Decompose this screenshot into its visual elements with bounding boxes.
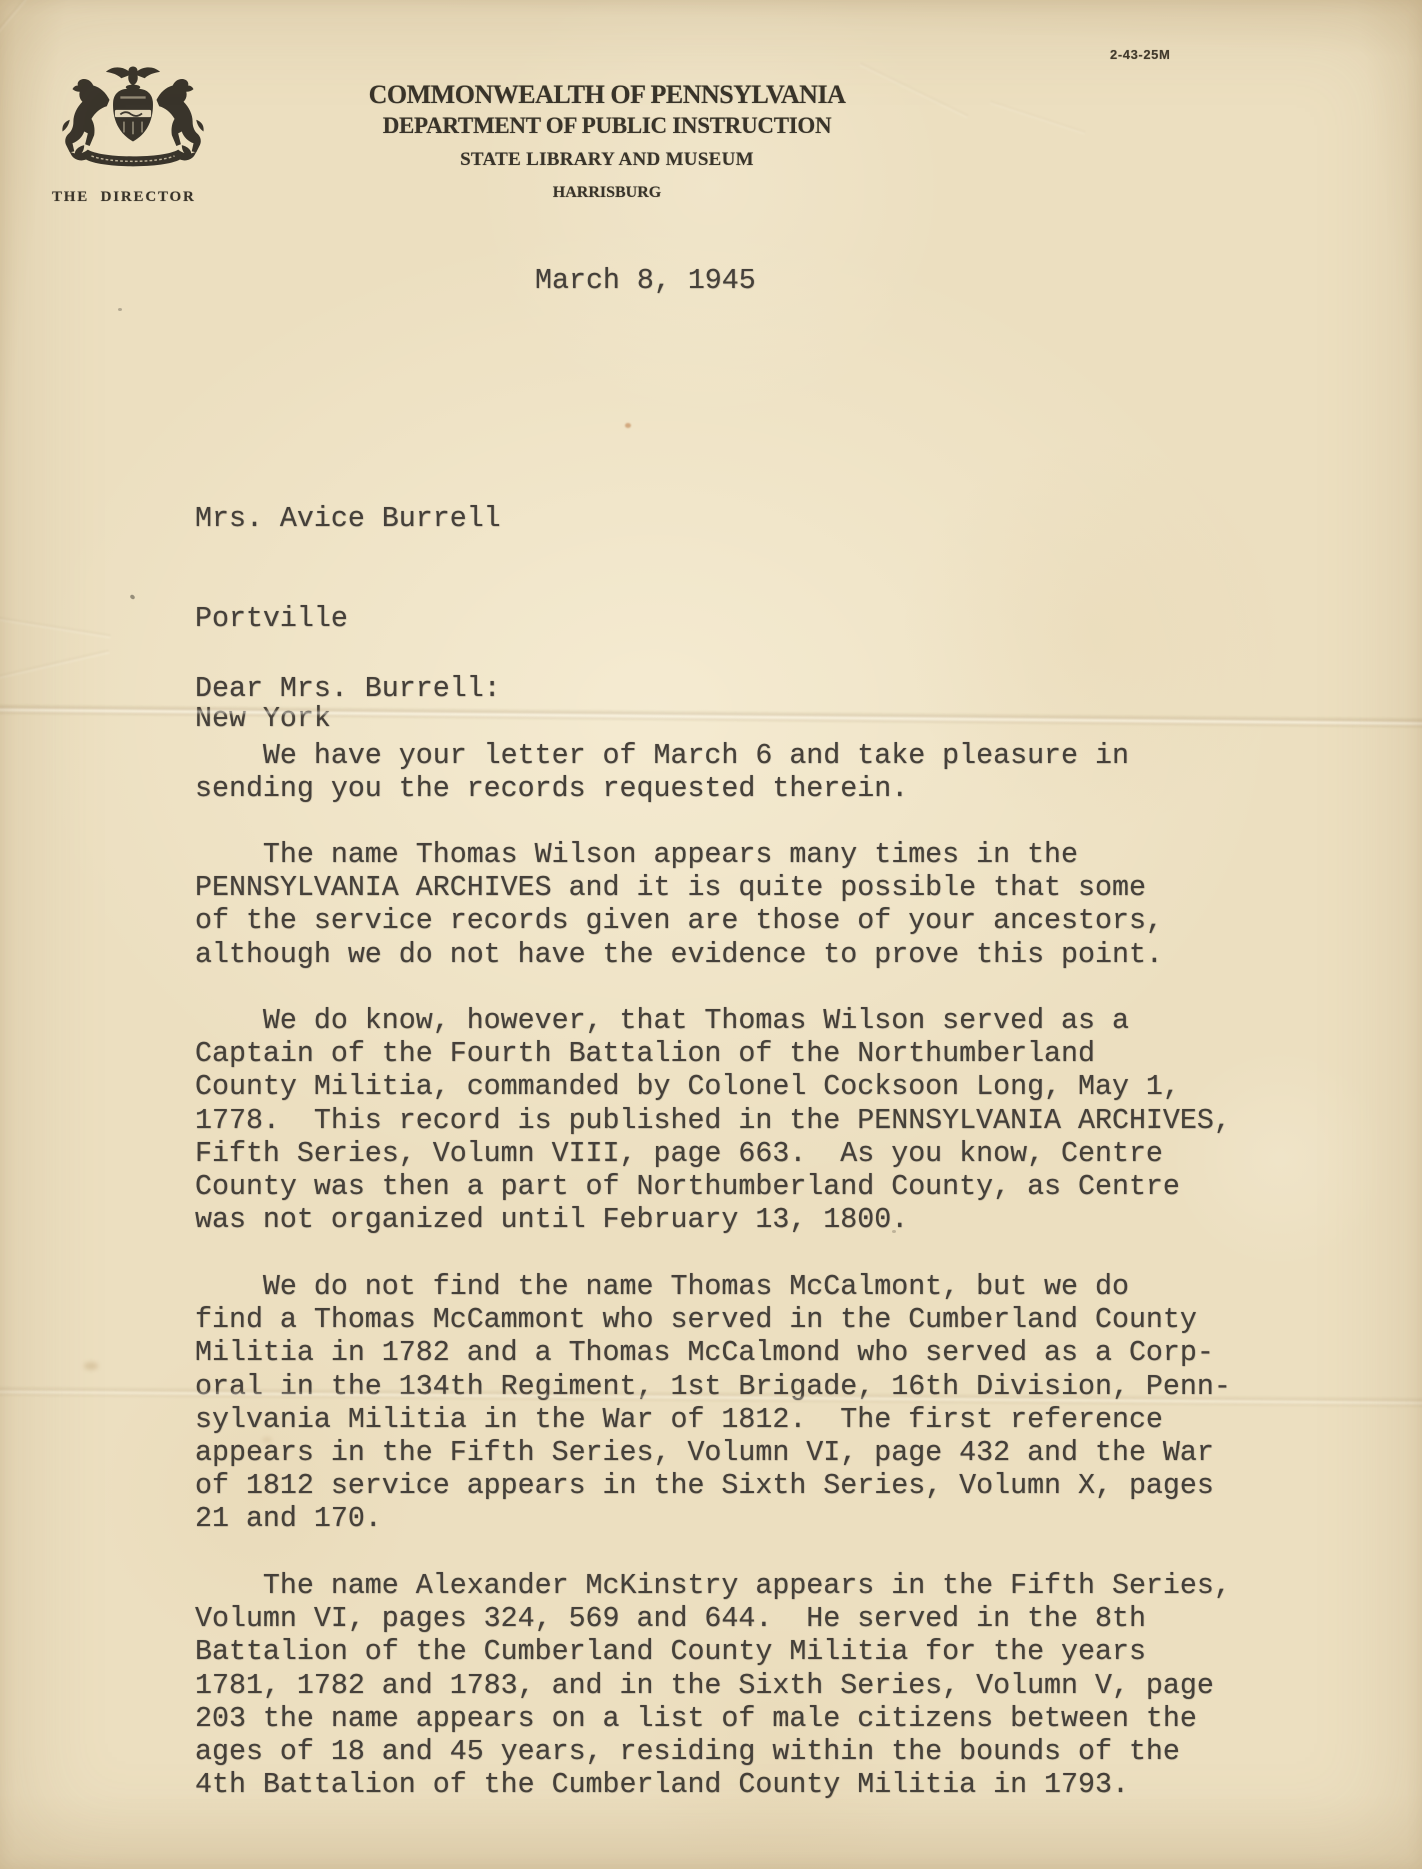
scanned-letter-page: { "page": { "print_code": "2-43-25M", "l… (0, 0, 1422, 1869)
letterhead-department: DEPARTMENT OF PUBLIC INSTRUCTION (197, 113, 1017, 139)
edge-crease (0, 648, 110, 682)
letter-paragraph: The name Thomas Wilson appears many time… (195, 839, 1163, 972)
letter-paper: 2-43-25M (0, 0, 1422, 1869)
corner-crease (0, 0, 61, 63)
pennsylvania-coat-of-arms-seal (56, 62, 210, 174)
letter-paragraph: The name Alexander McKinstry appears in … (195, 1570, 1231, 1802)
letterhead-city: HARRISBURG (197, 184, 1017, 202)
paper-stain (84, 1362, 98, 1370)
ink-speck (129, 594, 135, 600)
letter-paragraph: We have your letter of March 6 and take … (195, 740, 1129, 806)
letter-paragraph: We do know, however, that Thomas Wilson … (195, 1005, 1231, 1237)
print-order-code: 2-43-25M (1110, 47, 1170, 62)
letterhead-organization: COMMONWEALTH OF PENNSYLVANIA (197, 80, 1017, 110)
ink-speck (118, 308, 122, 311)
salutation: Dear Mrs. Burrell: (195, 673, 501, 706)
recipient-city: Portville (195, 603, 501, 636)
letterhead-division: STATE LIBRARY AND MUSEUM (197, 149, 1017, 171)
recipient-name: Mrs. Avice Burrell (195, 503, 501, 536)
recipient-state: New York (195, 703, 501, 736)
director-label: THE DIRECTOR (52, 189, 196, 206)
rust-stain (625, 423, 631, 428)
letter-date: March 8, 1945 (535, 265, 756, 298)
letter-paragraph: We do not find the name Thomas McCalmont… (195, 1271, 1231, 1537)
edge-crease (0, 614, 111, 640)
